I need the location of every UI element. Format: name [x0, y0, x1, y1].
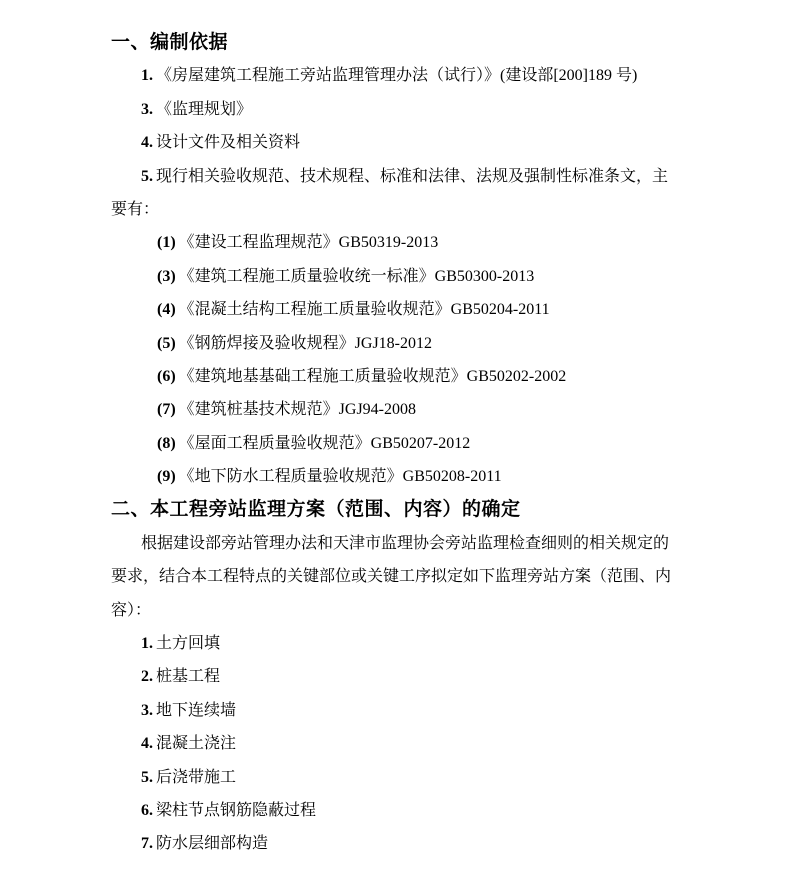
paragraph-line: 要求，结合本工程特点的关键部位或关键工序拟定如下监理旁站方案（范围、内	[111, 560, 686, 593]
item-number: 7.	[141, 835, 153, 852]
item-text: 《房屋建筑工程施工旁站监理管理办法（试行）》(建设部[200]189 号)	[156, 67, 637, 84]
list-item: 3.地下连续墙	[111, 694, 686, 727]
standard-code: GB50300-2013	[435, 268, 535, 285]
standard-code: GB50207-2012	[371, 435, 471, 452]
item-text: 梁柱节点钢筋隐蔽过程	[156, 802, 316, 819]
standard-title: 《建设工程监理规范》	[179, 234, 339, 251]
standard-item: (5)《钢筋焊接及验收规程》JGJ18-2012	[111, 327, 686, 360]
item-number: 4.	[141, 134, 153, 151]
standard-number: (5)	[157, 335, 176, 352]
item-text: 地下连续墙	[156, 702, 236, 719]
list-item: 4.混凝土浇注	[111, 727, 686, 760]
standard-item: (8)《屋面工程质量验收规范》GB50207-2012	[111, 427, 686, 460]
item-number: 3.	[141, 702, 153, 719]
standard-number: (9)	[157, 468, 176, 485]
standard-number: (4)	[157, 301, 176, 318]
standard-title: 《建筑工程施工质量验收统一标准》	[179, 268, 435, 285]
list-item: 3.《监理规划》	[111, 93, 686, 126]
standard-item: (1)《建设工程监理规范》GB50319-2013	[111, 226, 686, 259]
list-item: 4.设计文件及相关资料	[111, 126, 686, 159]
item-text: 防水层细部构造	[156, 835, 268, 852]
standard-title: 《钢筋焊接及验收规程》	[179, 335, 355, 352]
standard-item: (4)《混凝土结构工程施工质量验收规范》GB50204-2011	[111, 293, 686, 326]
item-text: 设计文件及相关资料	[156, 134, 300, 151]
standard-code: JGJ94-2008	[339, 401, 416, 418]
item-number: 5.	[141, 769, 153, 786]
item-number: 6.	[141, 802, 153, 819]
item-number: 4.	[141, 735, 153, 752]
standard-number: (7)	[157, 401, 176, 418]
standard-title: 《屋面工程质量验收规范》	[179, 435, 371, 452]
paragraph-line: 根据建设部旁站管理办法和天津市监理协会旁站监理检查细则的相关规定的	[111, 527, 686, 560]
list-item: 1.《房屋建筑工程施工旁站监理管理办法（试行）》(建设部[200]189 号)	[111, 59, 686, 92]
standard-item: (7)《建筑桩基技术规范》JGJ94-2008	[111, 393, 686, 426]
paragraph-line: 容）：	[111, 594, 686, 627]
item-text: 土方回填	[156, 635, 220, 652]
standard-item: (6)《建筑地基基础工程施工质量验收规范》GB50202-2002	[111, 360, 686, 393]
item-number: 3.	[141, 101, 153, 118]
standard-code: GB50208-2011	[403, 468, 502, 485]
section-2-heading: 二、本工程旁站监理方案（范围、内容）的确定	[111, 493, 686, 526]
list-item-continuation: 要有：	[111, 193, 686, 226]
standard-title: 《建筑桩基技术规范》	[179, 401, 339, 418]
standard-title: 《混凝土结构工程施工质量验收规范》	[179, 301, 451, 318]
standard-code: JGJ18-2012	[355, 335, 432, 352]
standard-title: 《建筑地基基础工程施工质量验收规范》	[179, 368, 467, 385]
standard-number: (8)	[157, 435, 176, 452]
document-page: 一、编制依据 1.《房屋建筑工程施工旁站监理管理办法（试行）》(建设部[200]…	[0, 0, 794, 873]
item-text: 桩基工程	[156, 668, 220, 685]
standard-number: (1)	[157, 234, 176, 251]
standard-item: (9)《地下防水工程质量验收规范》GB50208-2011	[111, 460, 686, 493]
list-item: 1.土方回填	[111, 627, 686, 660]
item-number: 1.	[141, 67, 153, 84]
standard-title: 《地下防水工程质量验收规范》	[179, 468, 403, 485]
standard-item: (3)《建筑工程施工质量验收统一标准》GB50300-2013	[111, 260, 686, 293]
list-item: 2.桩基工程	[111, 660, 686, 693]
standard-code: GB50319-2013	[339, 234, 439, 251]
item-number: 2.	[141, 668, 153, 685]
standard-number: (3)	[157, 268, 176, 285]
item-text: 后浇带施工	[156, 769, 236, 786]
list-item: 7.防水层细部构造	[111, 827, 686, 860]
item-text: 《监理规划》	[156, 101, 252, 118]
item-text: 现行相关验收规范、技术规程、标准和法律、法规及强制性标准条文，主	[156, 168, 668, 185]
item-text: 混凝土浇注	[156, 735, 236, 752]
section-1-heading: 一、编制依据	[111, 26, 686, 59]
standard-code: GB50204-2011	[451, 301, 550, 318]
item-number: 1.	[141, 635, 153, 652]
list-item: 6.梁柱节点钢筋隐蔽过程	[111, 794, 686, 827]
item-number: 5.	[141, 168, 153, 185]
standard-number: (6)	[157, 368, 176, 385]
list-item: 5.后浇带施工	[111, 761, 686, 794]
list-item: 5.现行相关验收规范、技术规程、标准和法律、法规及强制性标准条文，主	[111, 160, 686, 193]
standard-code: GB50202-2002	[467, 368, 567, 385]
